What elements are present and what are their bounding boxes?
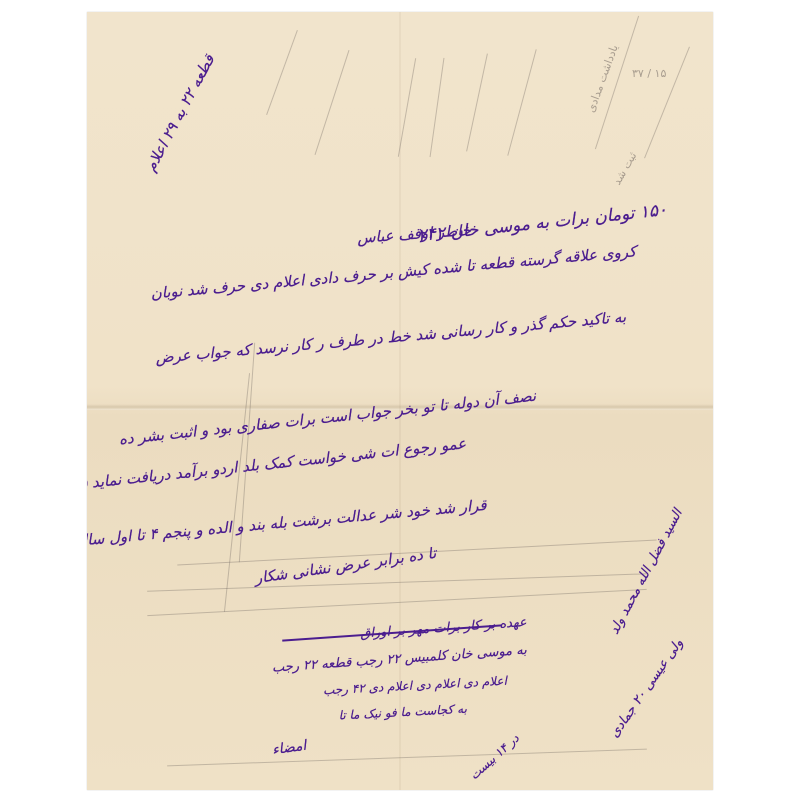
- pencil-stroke: [147, 589, 646, 616]
- pencil-note: ۱۵ / ۳۷: [632, 67, 666, 80]
- margin-note: ولی عیسی ۲۰ جمادی: [607, 636, 686, 740]
- pencil-stroke: [644, 47, 690, 159]
- margin-note: در ۱۴ بیست: [467, 731, 522, 782]
- margin-note: السید فضل الله محمد ولد: [607, 507, 686, 637]
- pencil-stroke: [507, 49, 536, 156]
- letter-line: به تاکید حکم گذر و کار رسانی شد خط در طر…: [117, 308, 627, 370]
- pencil-note: ثبت شد: [610, 150, 639, 187]
- pencil-stroke: [430, 58, 445, 157]
- letter-line: کروی علاقه گرسته قطعه تا شده کیش بر حرف …: [137, 242, 637, 304]
- signature-block-line: به موسی خان کلمبیس ۲۲ رجب قطعه ۲۲ رجب: [267, 643, 527, 676]
- pencil-stroke: [167, 749, 647, 767]
- signature-block-line: به کجاست ما فو نیک ما تا: [267, 702, 467, 726]
- letter-paper: یادداشت مدادی ثبت شد ۱۵ / ۳۷ قطعه ۲۲ به …: [87, 12, 713, 790]
- header-note: قطعه ۲۲ به ۲۹ اعلام: [141, 52, 218, 175]
- pencil-stroke: [147, 573, 647, 591]
- pencil-stroke: [266, 30, 298, 115]
- pencil-note: یادداشت مدادی: [584, 43, 621, 114]
- pencil-stroke: [466, 53, 488, 151]
- letter-line: قرار شد خود شر عدالت برشت بله بند و الده…: [187, 496, 487, 540]
- signature-block-line: عهده بر کار برات مهر بر اوراق: [267, 615, 527, 648]
- letter-line: نصف آن دوله تا تو بخر جواب است برات صفار…: [147, 387, 537, 446]
- signature: امضاء: [271, 738, 307, 759]
- signature-block-line: اعلام دی اعلام دی اعلام دی ۴۲ رجب: [267, 674, 507, 701]
- pencil-stroke: [315, 50, 350, 155]
